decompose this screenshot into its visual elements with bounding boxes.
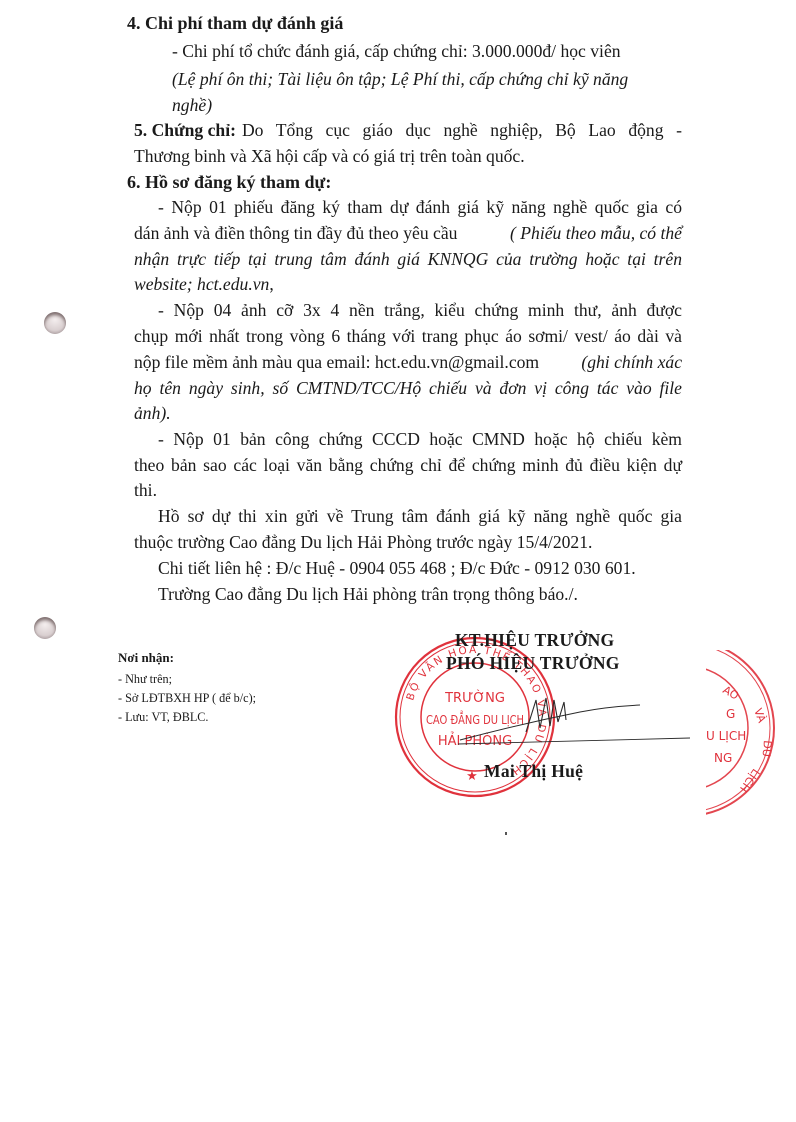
section-5-line-2: Thương binh và Xã hội cấp và có giá trị …	[134, 148, 525, 166]
scan-speck	[505, 832, 507, 835]
section-5-line-1: 5. Chứng chỉ: Do Tổng cục giáo dục nghề …	[134, 122, 682, 140]
item3-line-3: thi.	[134, 482, 157, 500]
partial-stamp-1: G	[726, 707, 735, 721]
submit-line-2: thuộc trường Cao đẳng Du lịch Hải Phòng …	[134, 534, 592, 552]
section-4-heading: 4. Chi phí tham dự đánh giá	[127, 14, 343, 32]
item2-line-2: chụp mới nhất trong vòng 6 tháng với tra…	[134, 328, 682, 346]
item2-line-1: - Nộp 04 ảnh cỡ 3x 4 nền trắng, kiểu chứ…	[158, 302, 682, 320]
item3-line-1: - Nộp 01 bản công chứng CCCD hoặc CMND h…	[158, 431, 682, 449]
recipients-heading: Nơi nhận:	[118, 650, 174, 666]
partial-seal-stamp: AO VÀ DU LỊCH G U LỊCH NG	[706, 650, 796, 820]
item1-line-4-punct: ,	[269, 274, 273, 294]
punch-hole-bottom	[34, 617, 56, 639]
item2-line-4: họ tên ngày sinh, số CMTND/TCC/Hộ chiếu …	[134, 380, 682, 398]
submit-line-1: Hồ sơ dự thi xin gửi về Trung tâm đánh g…	[158, 508, 682, 526]
fee-note-cont: nghề)	[172, 97, 212, 115]
item1-line-1: - Nộp 01 phiếu đăng ký tham dự đánh giá …	[158, 199, 682, 217]
section-5-heading: 5. Chứng chỉ:	[134, 122, 236, 140]
recipient-3: - Lưu: VT, ĐBLC.	[118, 710, 208, 725]
partial-stamp-2: U LỊCH	[706, 729, 746, 743]
fee-line: - Chi phí tổ chức đánh giá, cấp chứng ch…	[172, 43, 621, 61]
document-page: 4. Chi phí tham dự đánh giá - Chi phí tổ…	[0, 0, 796, 1122]
svg-text:★: ★	[466, 768, 478, 783]
item1-line-2-note: ( Phiếu theo mẫu, có thể	[510, 225, 682, 243]
svg-text:AO: AO	[721, 683, 742, 702]
handwritten-signature	[450, 692, 690, 752]
item1-line-4: website; hct.edu.vn,	[134, 276, 274, 294]
svg-text:LỊCH: LỊCH	[737, 766, 762, 794]
item1-line-2-text: dán ảnh và điền thông tin đầy đủ theo yê…	[134, 225, 457, 243]
punch-hole-top	[44, 312, 66, 334]
email-text: nộp file mềm ảnh màu qua email: hct.edu.…	[134, 354, 539, 372]
signature-title-1: KT.HIỆU TRƯỞNG	[455, 630, 614, 651]
item3-line-2: theo bản sao các loại văn bằng chứng chỉ…	[134, 457, 682, 475]
fee-note: (Lệ phí ôn thi; Tài liệu ôn tập; Lệ Phí …	[172, 71, 628, 89]
section-6-heading: 6. Hồ sơ đăng ký tham dự:	[127, 173, 331, 191]
item2-line-3-note: (ghi chính xác	[581, 354, 682, 372]
section-5-text: Do Tổng cục giáo dục nghề nghiệp, Bộ Lao…	[242, 122, 682, 140]
website-link[interactable]: website; hct.edu.vn	[134, 274, 269, 294]
item1-line-3: nhận trực tiếp tại trung tâm đánh giá KN…	[134, 251, 682, 269]
signer-name: Mai Thị Huệ	[484, 761, 583, 782]
svg-text:DU: DU	[760, 740, 774, 758]
recipient-1: - Như trên;	[118, 672, 172, 687]
closing-line: Trường Cao đẳng Du lịch Hải phòng trân t…	[158, 586, 578, 604]
recipient-2: - Sở LĐTBXH HP ( để b/c);	[118, 691, 256, 706]
item1-line-2: dán ảnh và điền thông tin đầy đủ theo yê…	[134, 225, 682, 243]
svg-text:VÀ: VÀ	[751, 707, 768, 725]
signature-title-2: PHÓ HIỆU TRƯỞNG	[446, 653, 620, 674]
contact-line: Chi tiết liên hệ : Đ/c Huệ - 0904 055 46…	[158, 560, 636, 578]
partial-stamp-3: NG	[714, 751, 732, 765]
item2-line-3: nộp file mềm ảnh màu qua email: hct.edu.…	[134, 354, 682, 372]
item2-line-5: ảnh).	[134, 405, 171, 423]
